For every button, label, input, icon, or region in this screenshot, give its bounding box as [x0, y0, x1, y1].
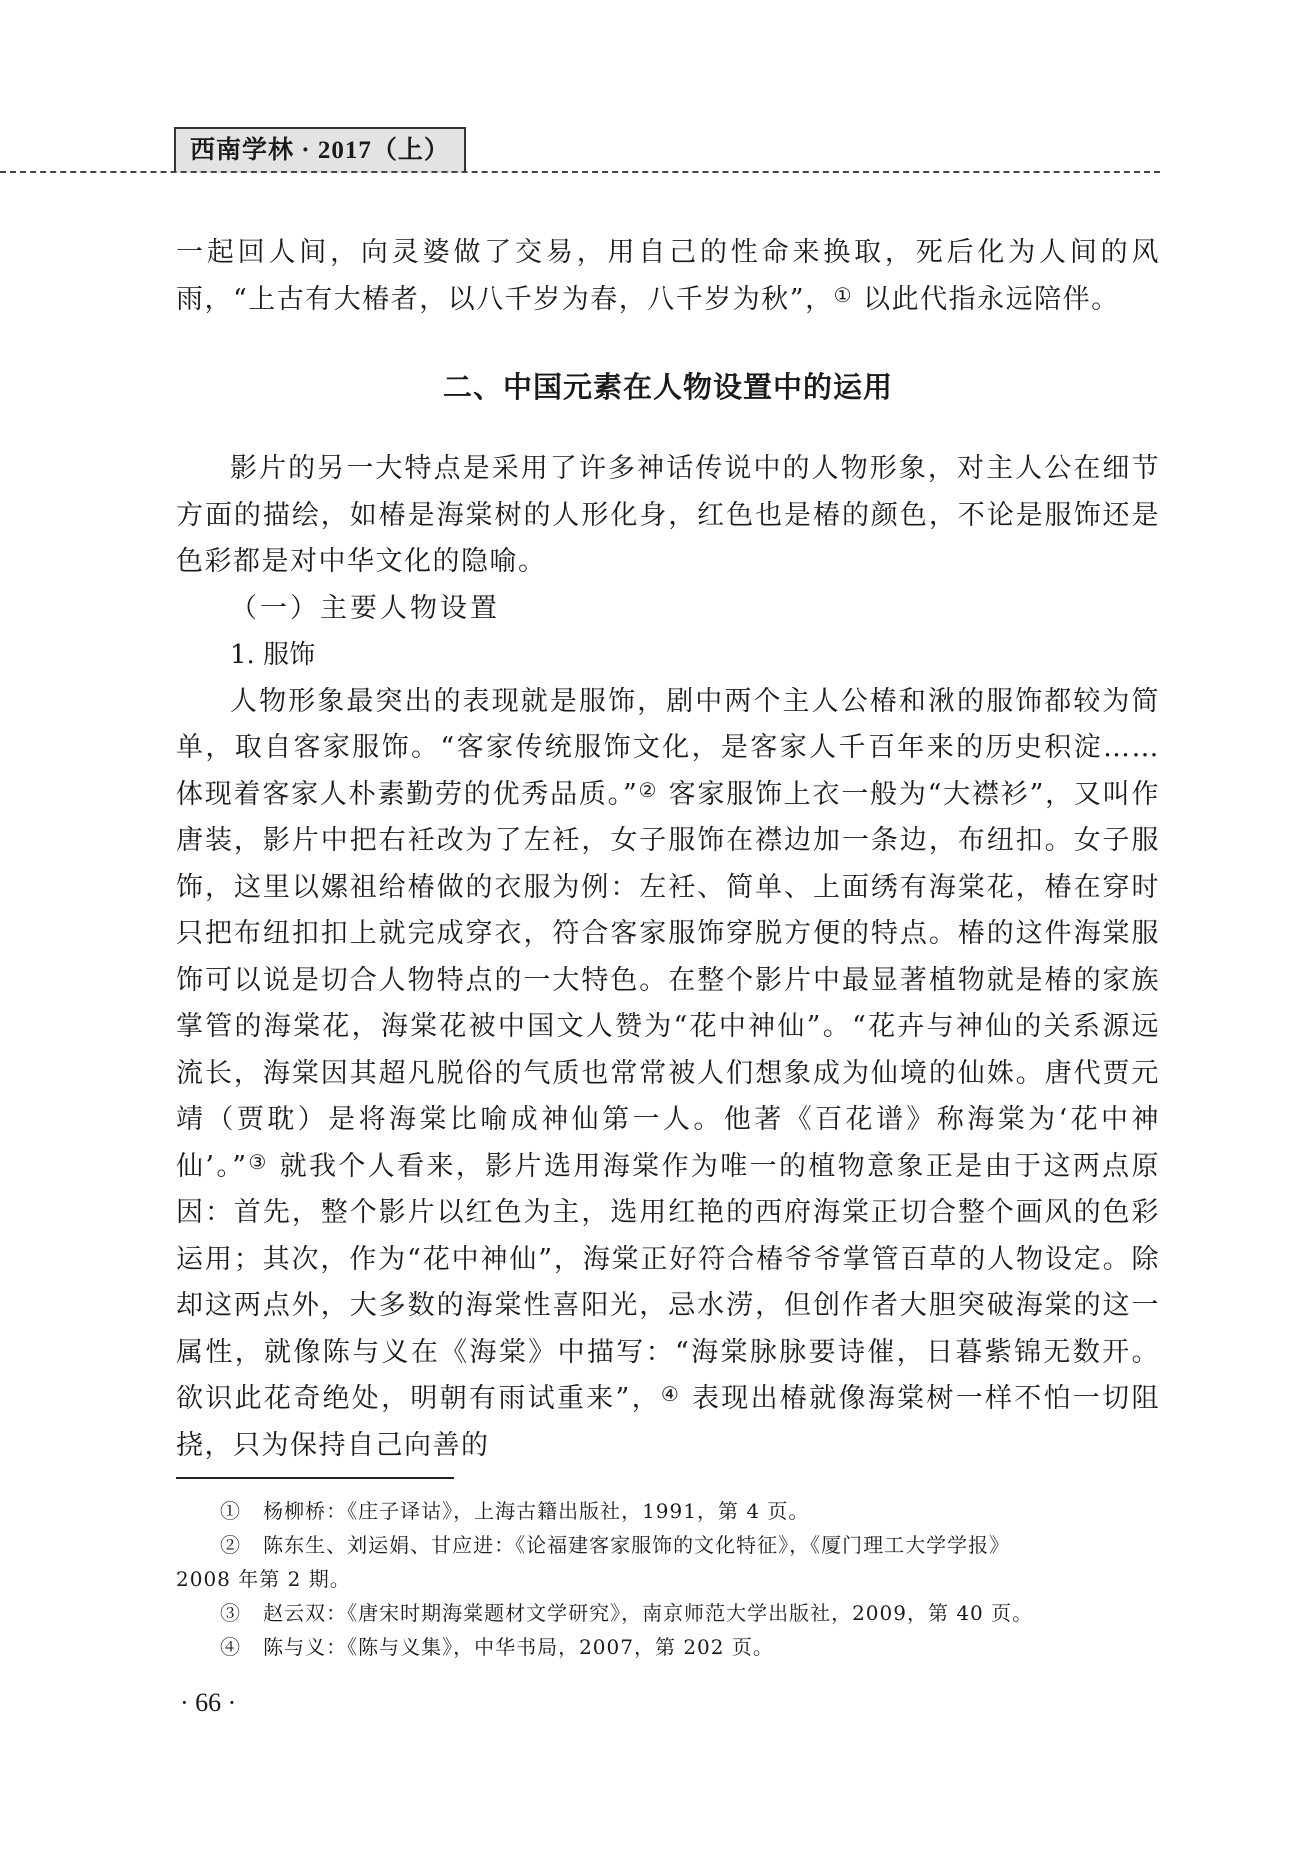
footnote-ref-2[interactable]: ②: [638, 778, 658, 802]
footnote-ref-4[interactable]: ④: [661, 1382, 681, 1406]
footnote-ref-1[interactable]: ①: [834, 283, 853, 307]
footnote-1: ① 杨柳桥：《庄子译诂》，上海古籍出版社，1991，第 4 页。: [176, 1494, 1160, 1528]
page-number: · 66 ·: [180, 1688, 236, 1718]
subsection-title: （一）主要人物设置: [176, 586, 1160, 633]
footnote-4: ④ 陈与义：《陈与义集》，中华书局，2007，第 202 页。: [176, 1630, 1160, 1664]
intro-paragraph: 一起回人间，向灵婆做了交易，用自己的性命来换取，死后化为人间的风雨，“上古有大椿…: [176, 230, 1160, 323]
footnote-divider: [176, 1477, 454, 1479]
journal-header: 西南学林 · 2017（上）: [174, 127, 466, 173]
sub-subsection-title: 1. 服饰: [176, 632, 1160, 679]
footnote-ref-3[interactable]: ③: [248, 1150, 269, 1174]
main-paragraph: 人物形象最突出的表现就是服饰，剧中两个主人公椿和湫的服饰都较为简单，取自客家服饰…: [176, 679, 1160, 1470]
article-body: 一起回人间，向灵婆做了交易，用自己的性命来换取，死后化为人间的风雨，“上古有大椿…: [176, 230, 1160, 1469]
footnote-2-continuation: 2008 年第 2 期。: [176, 1562, 1160, 1596]
section-paragraph: 影片的另一大特点是采用了许多神话传说中的人物形象，对主人公在细节方面的描绘，如椿…: [176, 446, 1160, 586]
footnotes: ① 杨柳桥：《庄子译诂》，上海古籍出版社，1991，第 4 页。 ② 陈东生、刘…: [176, 1494, 1160, 1664]
section-title: 二、中国元素在人物设置中的运用: [176, 365, 1160, 406]
header-dashed-divider: [0, 171, 1160, 173]
footnote-2: ② 陈东生、刘运娟、甘应进：《论福建客家服饰的文化特征》，《厦门理工大学学报》: [176, 1528, 1160, 1562]
footnote-3: ③ 赵云双：《唐宋时期海棠题材文学研究》，南京师范大学出版社，2009，第 40…: [176, 1596, 1160, 1630]
